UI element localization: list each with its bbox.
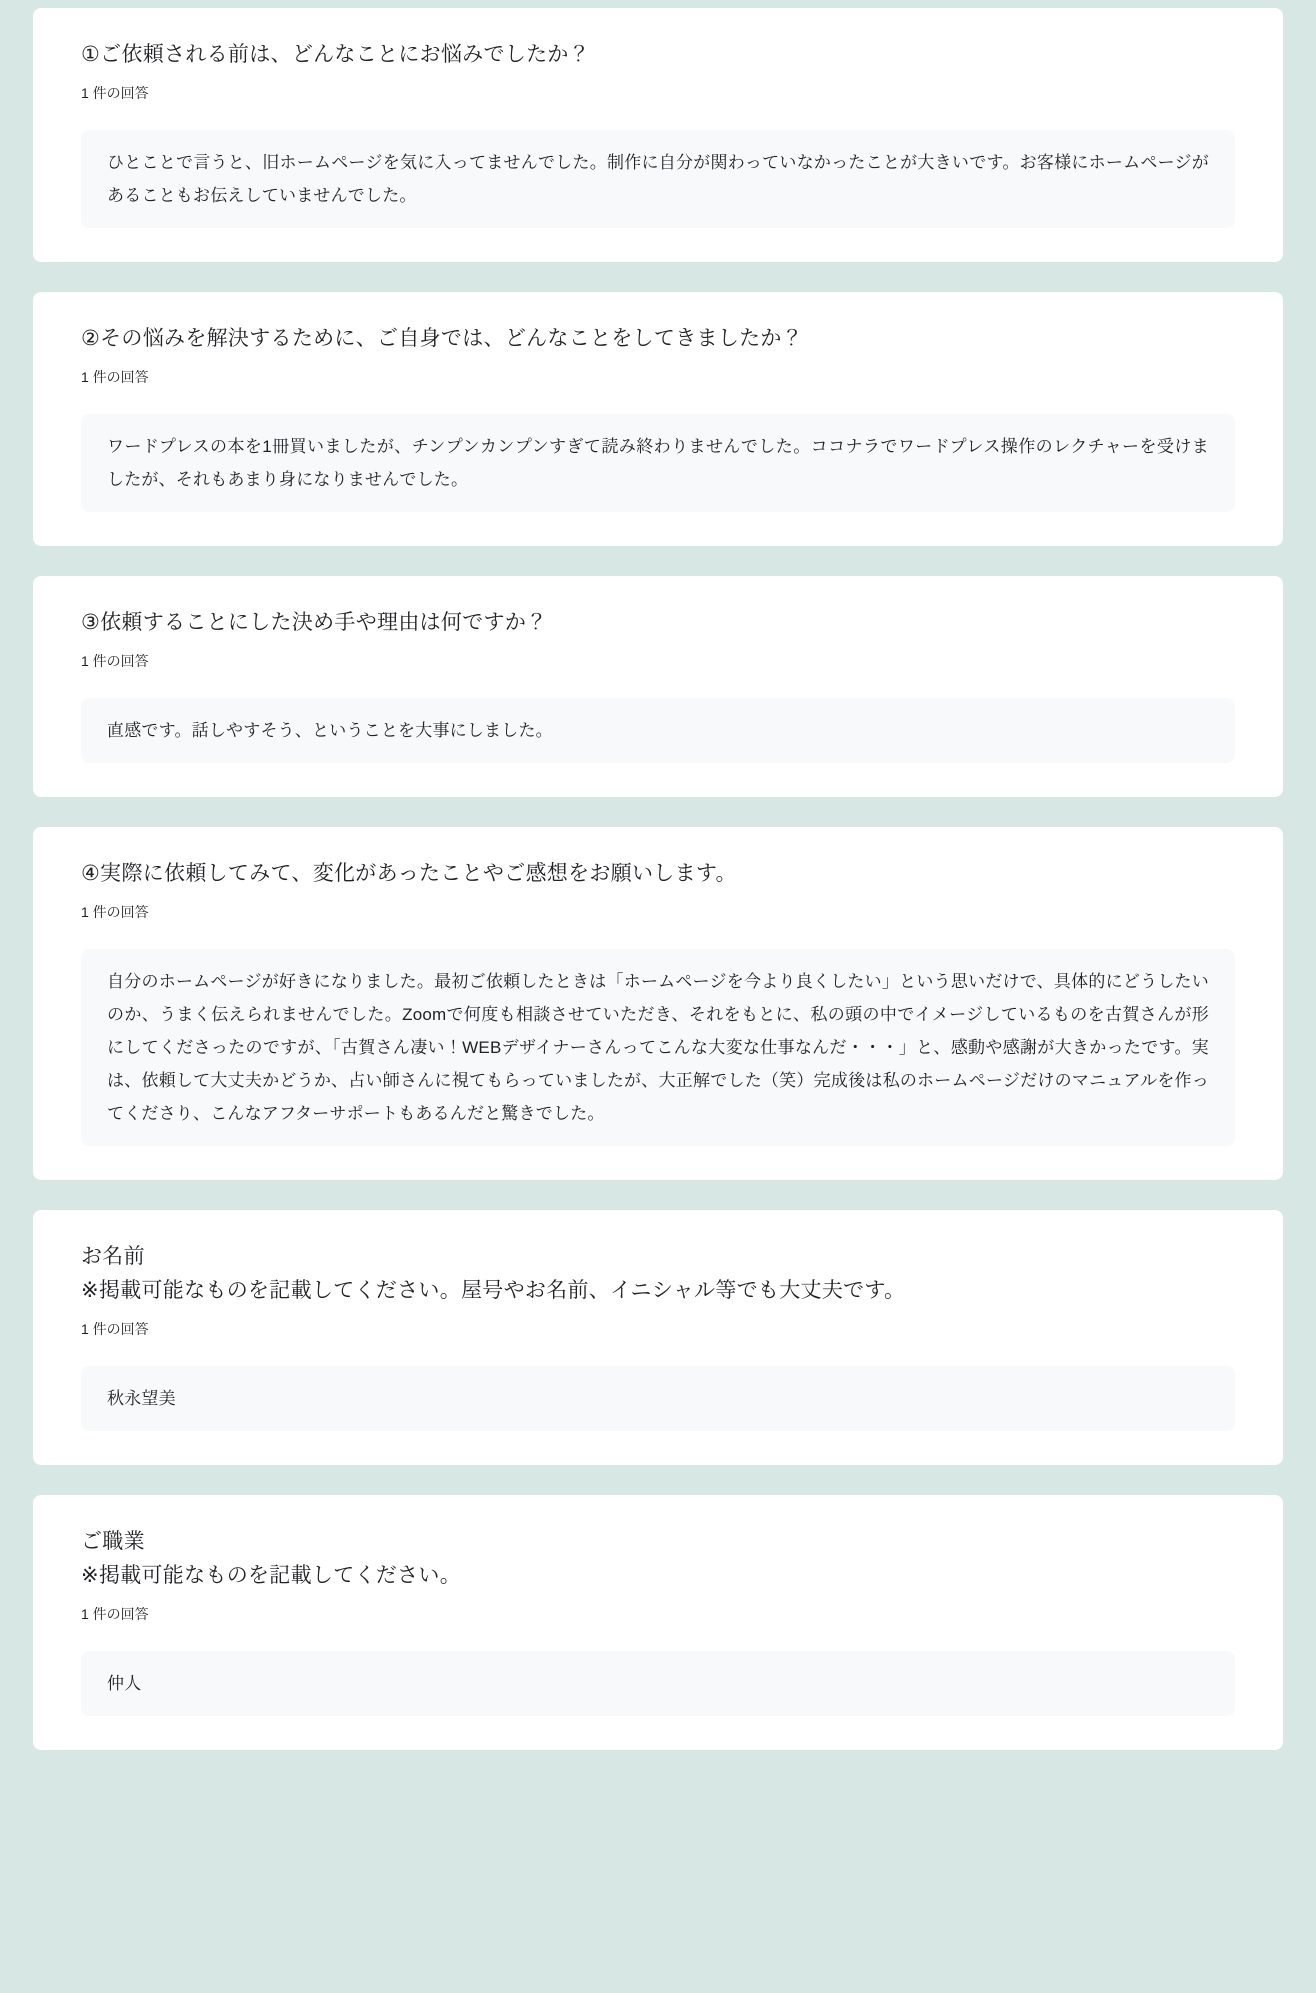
question-card-2: ②その悩みを解決するために、ご自身では、どんなことをしてきましたか？ 1 件の回… — [33, 292, 1283, 546]
response-count: 1 件の回答 — [81, 368, 1235, 386]
form-responses-page: ①ご依頼される前は、どんなことにお悩みでしたか？ 1 件の回答 ひとことで言うと… — [0, 0, 1316, 1796]
question-title: ④実際に依頼してみて、変化があったことやご感想をお願いします。 — [81, 857, 1235, 891]
question-title: ②その悩みを解決するために、ご自身では、どんなことをしてきましたか？ — [81, 322, 1235, 356]
answer-text: 仲人 — [81, 1651, 1235, 1716]
question-card-occupation: ご職業 ※掲載可能なものを記載してください。 1 件の回答 仲人 — [33, 1495, 1283, 1750]
question-title: お名前 — [81, 1240, 1235, 1274]
question-note: ※掲載可能なものを記載してください。 — [81, 1559, 1235, 1593]
answer-text: 自分のホームページが好きになりました。最初ご依頼したときは「ホームページを今より… — [81, 949, 1235, 1146]
response-count: 1 件の回答 — [81, 1605, 1235, 1623]
question-note: ※掲載可能なものを記載してください。屋号やお名前、イニシャル等でも大丈夫です。 — [81, 1274, 1235, 1308]
question-card-1: ①ご依頼される前は、どんなことにお悩みでしたか？ 1 件の回答 ひとことで言うと… — [33, 8, 1283, 262]
question-title: ③依頼することにした決め手や理由は何ですか？ — [81, 606, 1235, 640]
question-card-3: ③依頼することにした決め手や理由は何ですか？ 1 件の回答 直感です。話しやすそ… — [33, 576, 1283, 797]
answer-text: 直感です。話しやすそう、ということを大事にしました。 — [81, 698, 1235, 763]
answer-text: ワードプレスの本を1冊買いましたが、チンプンカンプンすぎて読み終わりませんでした… — [81, 414, 1235, 512]
response-count: 1 件の回答 — [81, 84, 1235, 102]
response-count: 1 件の回答 — [81, 903, 1235, 921]
response-count: 1 件の回答 — [81, 652, 1235, 670]
question-title: ①ご依頼される前は、どんなことにお悩みでしたか？ — [81, 38, 1235, 72]
question-card-4: ④実際に依頼してみて、変化があったことやご感想をお願いします。 1 件の回答 自… — [33, 827, 1283, 1180]
response-count: 1 件の回答 — [81, 1320, 1235, 1338]
question-title: ご職業 — [81, 1525, 1235, 1559]
answer-text: 秋永望美 — [81, 1366, 1235, 1431]
answer-text: ひとことで言うと、旧ホームページを気に入ってませんでした。制作に自分が関わってい… — [81, 130, 1235, 228]
question-card-name: お名前 ※掲載可能なものを記載してください。屋号やお名前、イニシャル等でも大丈夫… — [33, 1210, 1283, 1465]
